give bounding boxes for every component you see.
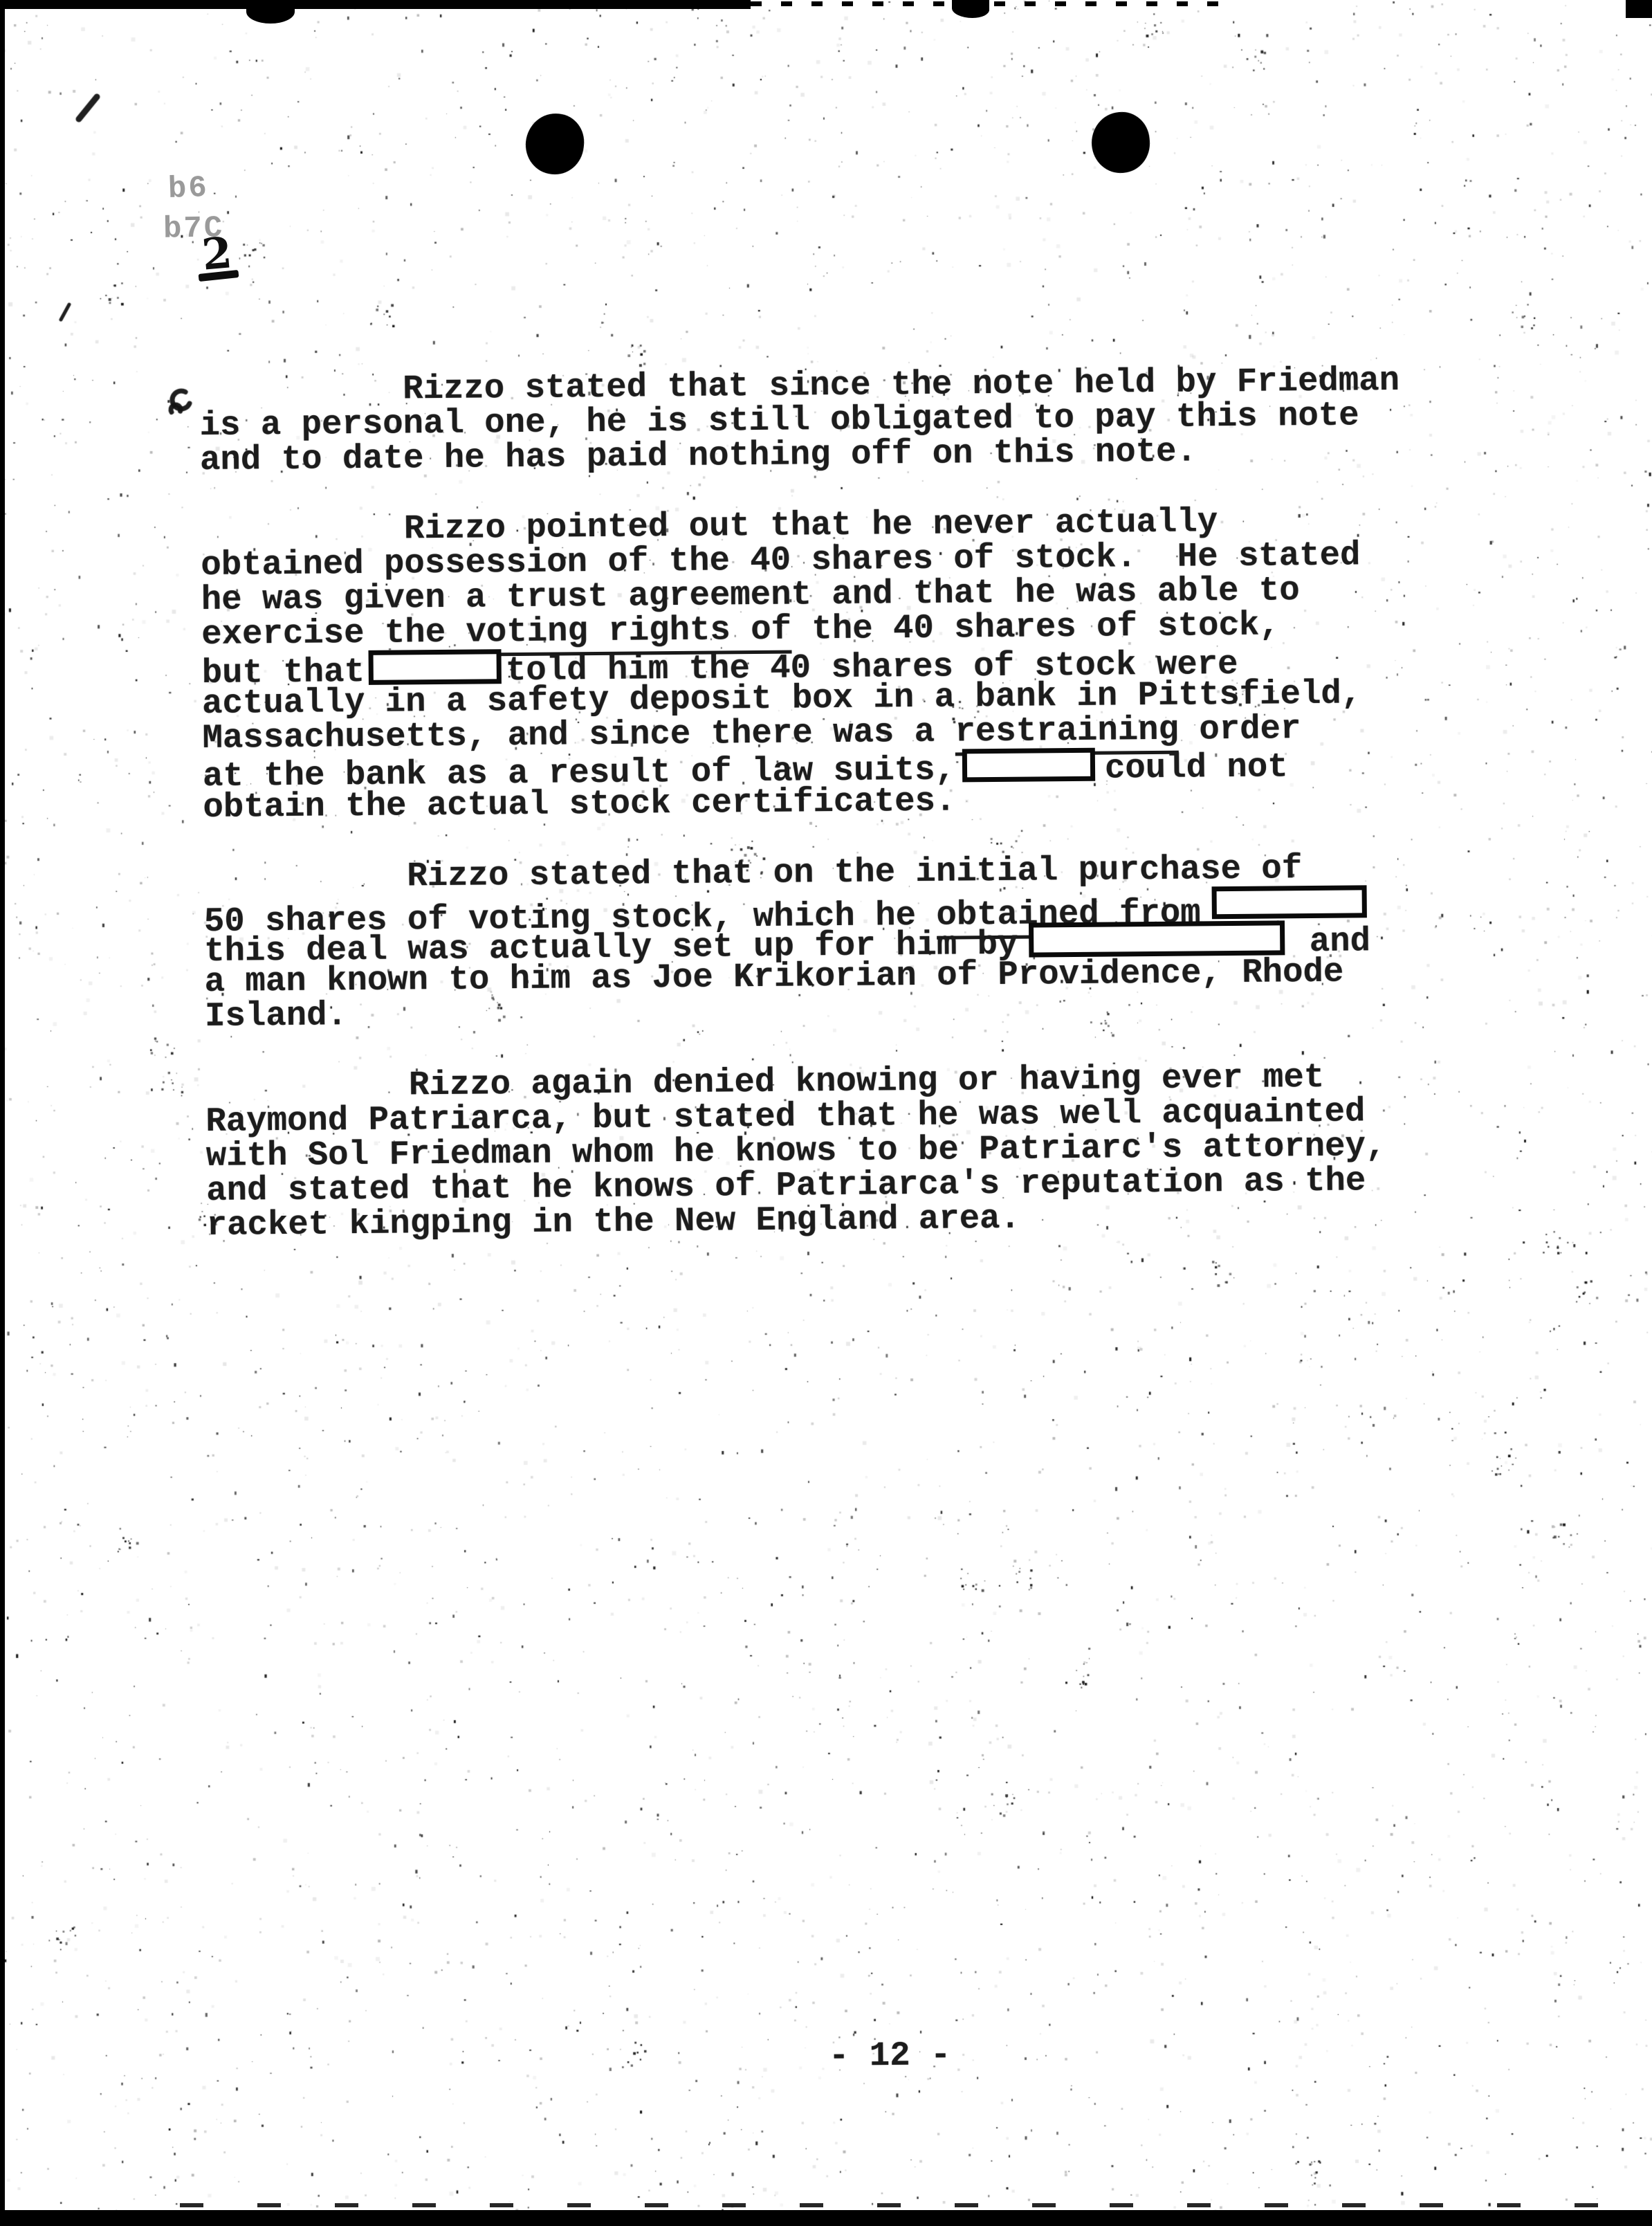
text-run: exercise: [201, 614, 385, 654]
text-run: obtain the actual stock certificates.: [203, 781, 955, 826]
text-run: racket kingping in the New England area.: [206, 1199, 1020, 1245]
redaction-box: [962, 748, 1095, 783]
text-run: order: [1179, 709, 1301, 749]
text-run: and to date he has paid nothing off on t…: [200, 432, 1197, 480]
text-line: racket kingping in the New England area.: [207, 1197, 1466, 1243]
scan-edge-bottom-dashes: [180, 2203, 1652, 2207]
exemption-code-b6: b6: [167, 171, 210, 207]
text-line: and to date he has paid nothing off on t…: [200, 432, 1459, 477]
scan-edge-top-dashes: [751, 1, 1235, 6]
scan-edge-top: [0, 0, 751, 9]
page-number-footer: - 12 -: [829, 2038, 951, 2074]
text-run: Island.: [205, 996, 347, 1036]
redaction-box: [1211, 885, 1366, 919]
paragraph: Rizzo again denied knowing or having eve…: [205, 1059, 1466, 1243]
paragraph: Rizzo stated that on the initial purchas…: [203, 850, 1464, 1034]
paragraph: Rizzo pointed out that he never actually…: [201, 502, 1462, 825]
redaction-box: [1029, 920, 1285, 957]
scan-edge-left: [0, 0, 5, 2226]
document-body: Rizzo stated that since the note held by…: [199, 363, 1466, 1279]
scan-edge-bottom: [0, 2210, 1652, 2226]
text-run: the 40 shares of stock,: [791, 605, 1280, 648]
scanned-document-page: b6 b7C 2 Rizzo stated that since the not…: [0, 0, 1652, 2226]
scan-corner-mark: [1626, 0, 1652, 18]
redaction-box: [369, 649, 502, 685]
text-run: could not: [1105, 747, 1288, 787]
scan-edge-notch: [246, 0, 295, 24]
paragraph: Rizzo stated that since the note held by…: [199, 363, 1459, 477]
